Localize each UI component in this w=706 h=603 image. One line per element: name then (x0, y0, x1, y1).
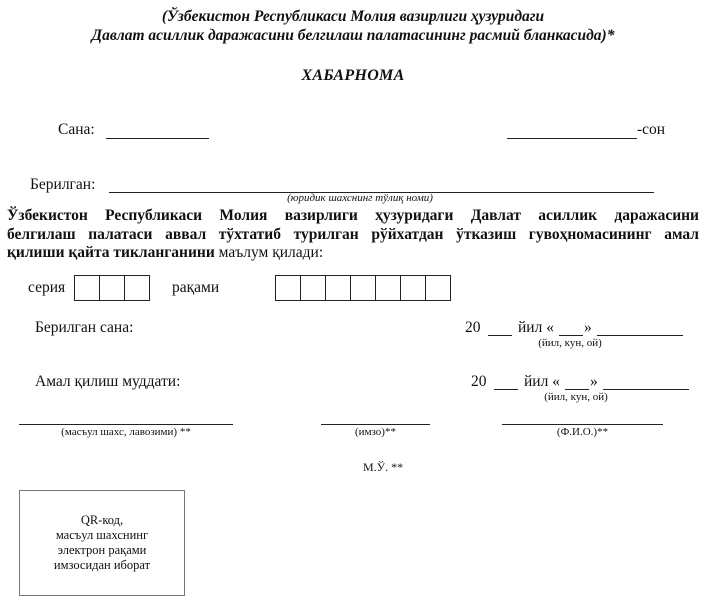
issue-date-close-quote: » (584, 319, 592, 337)
paragraph-line-3-normal: маълум қилади: (215, 244, 323, 261)
document-title: ХАБАРНОМА (0, 67, 706, 85)
validity-year-prefix: 20 (471, 373, 487, 391)
full-name-field[interactable] (502, 410, 663, 425)
qr-line-4: имзосидан иборат (54, 558, 150, 573)
number-cell[interactable] (426, 276, 450, 300)
series-cell[interactable] (75, 276, 100, 300)
issue-date-day-field[interactable] (559, 319, 583, 336)
issued-to-field[interactable] (109, 176, 654, 193)
number-cell[interactable] (401, 276, 426, 300)
number-cell[interactable] (326, 276, 351, 300)
header-line-2: Давлат асиллик даражасини белгилаш палат… (0, 27, 706, 45)
signature-hint: (имзо)** (321, 426, 430, 438)
issue-date-year-prefix: 20 (465, 319, 481, 337)
qr-line-3: электрон рақами (54, 543, 150, 558)
position-field[interactable] (19, 410, 233, 425)
date-label: Сана: (58, 121, 95, 139)
validity-month-field[interactable] (603, 373, 689, 390)
notice-paragraph: Ўзбекистон Республикаси Молия вазирлиги … (7, 207, 699, 263)
number-cell[interactable] (301, 276, 326, 300)
validity-year-word: йил « (524, 373, 560, 391)
issue-date-label: Берилган сана: (35, 319, 133, 337)
series-cell[interactable] (100, 276, 125, 300)
qr-code-placeholder-box: QR-код, масъул шахснинг электрон рақами … (19, 490, 185, 596)
number-field[interactable] (507, 121, 637, 139)
issued-to-hint: (юридик шахснинг тўлиқ номи) (250, 192, 470, 204)
issue-date-month-field[interactable] (597, 319, 683, 336)
number-label: рақами (172, 279, 219, 297)
signature-field[interactable] (321, 410, 430, 425)
issue-date-hint: (йил, кун, ой) (520, 337, 620, 349)
validity-close-quote: » (590, 373, 598, 391)
validity-year-field[interactable] (494, 373, 518, 390)
number-input-boxes[interactable] (275, 275, 451, 301)
number-cell[interactable] (276, 276, 301, 300)
paragraph-line-2: белгилаш палатаси аввал тўхтатиб турилга… (7, 226, 699, 243)
validity-label: Амал қилиш муддати: (35, 373, 180, 391)
issued-to-label: Берилган: (30, 176, 95, 194)
validity-hint: (йил, кун, ой) (526, 391, 626, 403)
series-input-boxes[interactable] (74, 275, 150, 301)
series-label: серия (28, 279, 65, 297)
header-line-1: (Ўзбекистон Республикаси Молия вазирлиги… (0, 8, 706, 26)
issue-date-year-word: йил « (518, 319, 554, 337)
issue-date-year-field[interactable] (488, 319, 512, 336)
position-hint: (масъул шахс, лавозими) ** (19, 426, 233, 438)
validity-day-field[interactable] (565, 373, 589, 390)
full-name-hint: (Ф.И.О.)** (502, 426, 663, 438)
paragraph-line-1: Ўзбекистон Республикаси Молия вазирлиги … (7, 207, 699, 224)
qr-line-2: масъул шахснинг (54, 528, 150, 543)
qr-line-1: QR-код, (54, 513, 150, 528)
date-field[interactable] (106, 121, 209, 139)
stamp-placeholder: М.Ў. ** (363, 460, 403, 475)
series-cell[interactable] (125, 276, 149, 300)
paragraph-line-3-bold: қилиши қайта тикланганини (7, 244, 215, 261)
number-cell[interactable] (376, 276, 401, 300)
number-cell[interactable] (351, 276, 376, 300)
number-suffix: -сон (637, 121, 665, 139)
